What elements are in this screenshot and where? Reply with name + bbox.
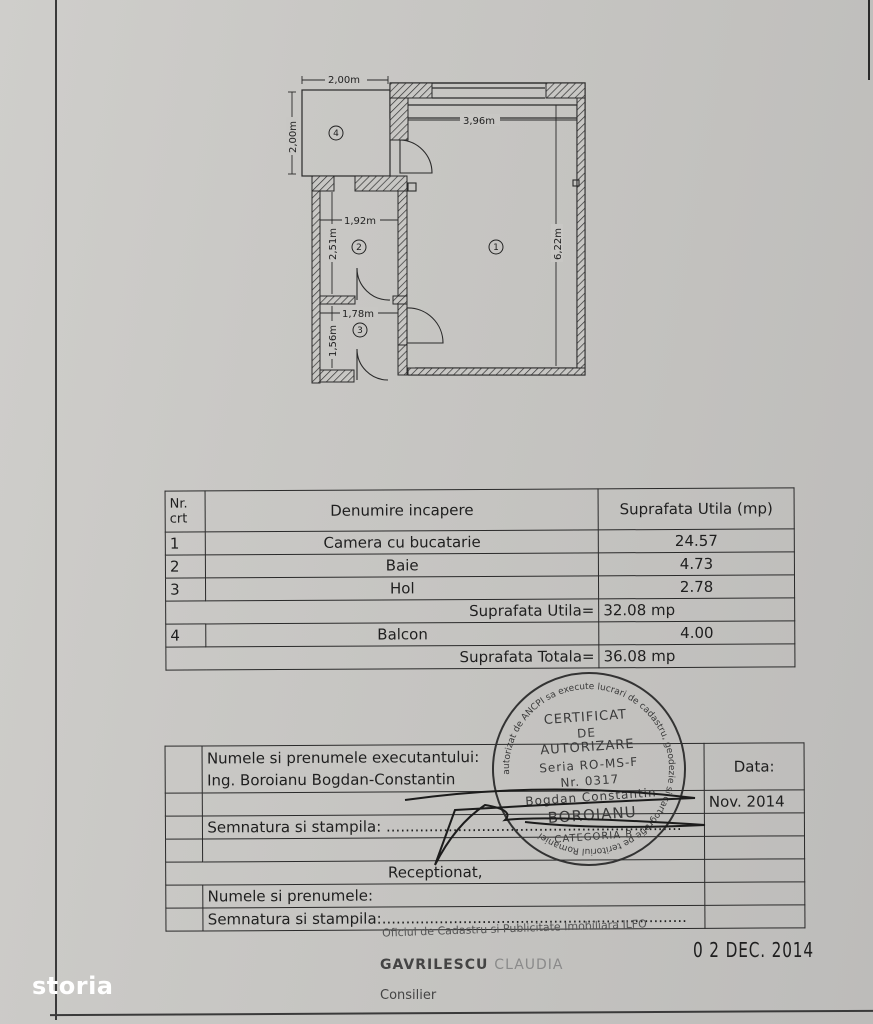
row-name: Hol bbox=[206, 576, 599, 601]
dim-balcony-width: 2,00m bbox=[328, 75, 360, 86]
blank-cell bbox=[165, 793, 202, 816]
area-table: Nr. crt Denumire incapere Suprafata Util… bbox=[165, 487, 796, 670]
reception-date: 0 2 DEC. 2014 bbox=[693, 938, 814, 962]
dim-room2-width: 1,92m bbox=[344, 216, 376, 227]
blank-cell bbox=[705, 859, 805, 883]
dim-room1-height: 6,22m bbox=[553, 228, 564, 260]
blank-cell bbox=[165, 816, 202, 839]
row-nr: 3 bbox=[165, 578, 206, 601]
room-label-4: 4 bbox=[333, 129, 339, 139]
row-nr: 2 bbox=[165, 555, 206, 578]
floor-plan-drawing: 2,00m 3,96m 1,92m 1,78m 2,00m 2,51m 1,56… bbox=[280, 60, 610, 390]
room-label-1: 1 bbox=[493, 243, 499, 253]
table-row: 1 Camera cu bucatarie 24.57 bbox=[165, 529, 794, 555]
blank-cell bbox=[166, 885, 203, 908]
blank-cell bbox=[705, 882, 805, 906]
header-nr: Nr. crt bbox=[165, 491, 206, 532]
officer-name: GAVRILESCU CLAUDIA bbox=[380, 957, 564, 973]
room-label-3: 3 bbox=[357, 326, 363, 336]
dim-room2-height: 2,51m bbox=[328, 228, 339, 260]
table-row: 3 Hol 2.78 bbox=[165, 575, 794, 601]
officer-name-faded: CLAUDIA bbox=[494, 957, 563, 973]
officer-title: Consilier bbox=[380, 988, 436, 1003]
dim-room1-width: 3,96m bbox=[463, 116, 495, 127]
header-area: Suprafata Utila (mp) bbox=[598, 488, 794, 530]
frame-border-bottom bbox=[50, 1010, 873, 1016]
row-area: 4.00 bbox=[599, 621, 795, 645]
table-row: 2 Baie 4.73 bbox=[165, 552, 794, 578]
dim-room3-width: 1,78m bbox=[342, 309, 374, 320]
row-area: 4.73 bbox=[599, 552, 795, 576]
row-area: 2.78 bbox=[599, 575, 795, 599]
area-table-header: Nr. crt Denumire incapere Suprafata Util… bbox=[165, 488, 794, 532]
total-row: Suprafata Totala= 36.08 mp bbox=[166, 644, 795, 670]
blank-cell bbox=[166, 839, 203, 862]
document-page: 2,00m 3,96m 1,92m 1,78m 2,00m 2,51m 1,56… bbox=[0, 0, 873, 1024]
row-area: 24.57 bbox=[598, 529, 794, 553]
blank-cell bbox=[165, 746, 203, 793]
received-name-label: Numele si prenumele: bbox=[203, 882, 705, 908]
blank-cell bbox=[166, 908, 203, 931]
dim-balcony-height: 2,00m bbox=[288, 121, 299, 153]
table-row: 4 Balcon 4.00 bbox=[166, 621, 795, 647]
storia-watermark-logo: storia bbox=[32, 972, 114, 1000]
blank-cell bbox=[705, 836, 805, 860]
dim-room3-height: 1,56m bbox=[328, 325, 339, 357]
blank-cell bbox=[704, 813, 804, 837]
header-name: Denumire incapere bbox=[205, 489, 598, 532]
row-nr: 4 bbox=[166, 624, 207, 647]
row-name: Balcon bbox=[206, 622, 599, 647]
date-value: Nov. 2014 bbox=[704, 790, 804, 814]
row-name: Baie bbox=[206, 553, 599, 578]
subtotal-value: 32.08 mp bbox=[599, 598, 795, 622]
row-nr: 1 bbox=[165, 532, 206, 555]
handwritten-signature bbox=[395, 770, 715, 870]
subtotal-label: Suprafata Utila= bbox=[166, 599, 599, 624]
floor-plan: 2,00m 3,96m 1,92m 1,78m 2,00m 2,51m 1,56… bbox=[280, 60, 610, 390]
room-label-2: 2 bbox=[356, 243, 362, 253]
total-label: Suprafata Totala= bbox=[166, 645, 599, 670]
frame-border-left bbox=[55, 0, 57, 1020]
blank-cell bbox=[705, 905, 805, 929]
total-value: 36.08 mp bbox=[599, 644, 795, 668]
officer-name-bold: GAVRILESCU bbox=[380, 957, 488, 973]
row-name: Camera cu bucatarie bbox=[206, 530, 599, 555]
subtotal-row: Suprafata Utila= 32.08 mp bbox=[166, 598, 795, 624]
date-label: Data: bbox=[704, 743, 804, 791]
frame-border-right bbox=[868, 0, 870, 80]
